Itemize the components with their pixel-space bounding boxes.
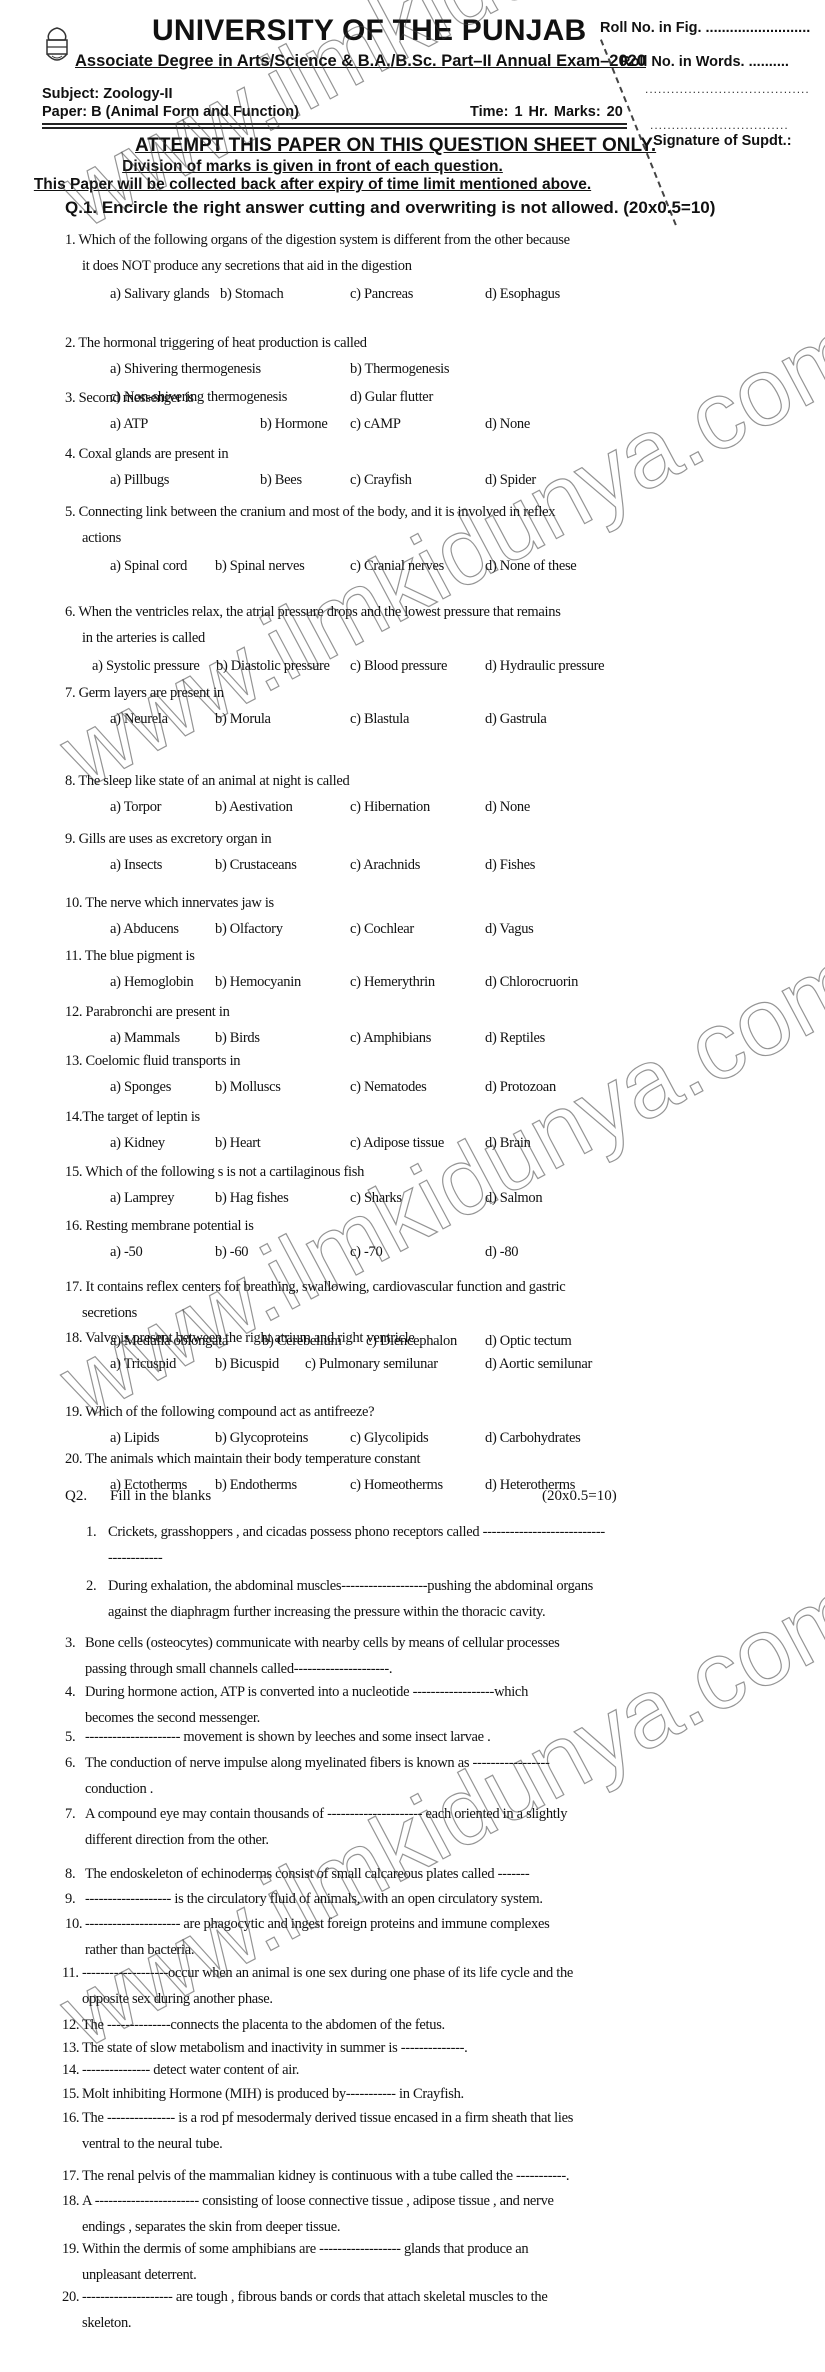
blank-item-text-continued[interactable]: rather than bacteria. <box>85 1942 194 1959</box>
answer-option[interactable]: c) Nematodes <box>350 1079 427 1096</box>
answer-option[interactable]: b) Spinal nerves <box>215 558 304 575</box>
time-marks: Time: 1 Hr. Marks: 20 <box>470 104 623 120</box>
answer-option[interactable]: a) Spinal cord <box>110 558 187 575</box>
question-text: 18. Valve is present between the right a… <box>65 1330 414 1347</box>
blank-item-number: 14. <box>62 2062 79 2079</box>
blank-item-number: 18. <box>62 2193 79 2210</box>
header-divider <box>42 123 627 125</box>
answer-option[interactable]: d) Gastrula <box>485 711 547 728</box>
answer-option[interactable]: b) Diastolic pressure <box>216 658 330 675</box>
answer-option[interactable]: b) Aestivation <box>215 799 293 816</box>
answer-option[interactable]: a) Abducens <box>110 921 179 938</box>
roll-no-words-line[interactable]: ...................................... <box>645 82 810 96</box>
answer-option[interactable]: c) Homeotherms <box>350 1477 443 1494</box>
q2-title: Fill in the blanks <box>110 1488 211 1505</box>
blank-item-text-continued[interactable]: passing through small channels called---… <box>85 1661 392 1678</box>
blank-item-text[interactable]: -------------------occur when an animal … <box>82 1965 573 1982</box>
answer-option[interactable]: a) Lipids <box>110 1430 159 1447</box>
blank-item-number: 5. <box>65 1729 75 1746</box>
blank-item-text[interactable]: The endoskeleton of echinoderms consist … <box>85 1866 529 1883</box>
answer-option[interactable]: d) Carbohydrates <box>485 1430 580 1447</box>
answer-option[interactable]: d) Protozoan <box>485 1079 556 1096</box>
answer-option[interactable]: c) Blood pressure <box>350 658 447 675</box>
question-text: 17. It contains reflex centers for breat… <box>65 1279 565 1296</box>
answer-option[interactable]: b) Bicuspid <box>215 1356 279 1373</box>
answer-option[interactable]: c) Glycolipids <box>350 1430 428 1447</box>
answer-option[interactable]: a) Shivering thermogenesis <box>110 361 261 378</box>
answer-option[interactable]: b) Crustaceans <box>215 857 297 874</box>
blank-item-number: 6. <box>65 1755 75 1772</box>
signature-label: Signature of Supdt.: <box>653 133 792 149</box>
answer-option[interactable]: d) None <box>485 416 530 433</box>
answer-option[interactable]: c) Cranial nerves <box>350 558 444 575</box>
blank-item-text[interactable]: ------------------- is the circulatory f… <box>85 1891 543 1908</box>
blank-item-text[interactable]: --------------------- are phagocytic and… <box>85 1916 549 1933</box>
answer-option[interactable]: c) Pancreas <box>350 286 413 303</box>
question-text: 2. The hormonal triggering of heat produ… <box>65 335 367 352</box>
question-text: 8. The sleep like state of an animal at … <box>65 773 349 790</box>
question-text: 10. The nerve which innervates jaw is <box>65 895 274 912</box>
answer-option[interactable]: b) Hormone <box>260 416 327 433</box>
answer-option[interactable]: b) Birds <box>215 1030 260 1047</box>
instruction-collected: This Paper will be collected back after … <box>0 176 625 194</box>
header-divider <box>42 127 627 129</box>
blank-item-text[interactable]: --------------------- movement is shown … <box>85 1729 490 1746</box>
blank-item-text-continued[interactable]: opposite sex during another phase. <box>82 1991 273 2008</box>
answer-option[interactable]: d) Spider <box>485 472 536 489</box>
answer-option[interactable]: d) Hydraulic pressure <box>485 658 604 675</box>
answer-option[interactable]: b) Hemocyanin <box>215 974 301 991</box>
blank-item-number: 7. <box>65 1806 75 1823</box>
question-text: 7. Germ layers are present in <box>65 685 224 702</box>
blank-item-number: 8. <box>65 1866 75 1883</box>
blank-item-number: 19. <box>62 2241 79 2258</box>
answer-option[interactable]: c) Cochlear <box>350 921 414 938</box>
blank-item-text-continued[interactable]: becomes the second messenger. <box>85 1710 260 1727</box>
question-text-continued: it does NOT produce any secretions that … <box>82 258 412 275</box>
blank-item-text-continued[interactable]: unpleasant deterrent. <box>82 2267 196 2284</box>
university-crest-icon <box>42 26 72 66</box>
answer-option[interactable]: c) Hemerythrin <box>350 974 435 991</box>
answer-option[interactable]: d) Optic tectum <box>485 1333 572 1350</box>
blank-item-text[interactable]: The state of slow metabolism and inactiv… <box>82 2040 467 2057</box>
instruction-division: Division of marks is given in front of e… <box>0 158 625 176</box>
answer-option[interactable]: a) Systolic pressure <box>92 658 200 675</box>
answer-option[interactable]: c) Arachnids <box>350 857 420 874</box>
blank-item-text[interactable]: --------------- detect water content of … <box>82 2062 299 2079</box>
blank-item-number: 16. <box>62 2110 79 2127</box>
answer-option[interactable]: b) Bees <box>260 472 302 489</box>
question-text: 20. The animals which maintain their bod… <box>65 1451 420 1468</box>
blank-item-text[interactable]: A ----------------------- consisting of … <box>82 2193 554 2210</box>
blank-item-number: 15. <box>62 2086 79 2103</box>
blank-item-text-continued[interactable]: conduction . <box>85 1781 153 1798</box>
question-text: 1. Which of the following organs of the … <box>65 232 570 249</box>
blank-item-number: 4. <box>65 1684 75 1701</box>
blank-item-text[interactable]: The --------------connects the placenta … <box>82 2017 445 2034</box>
question-text: 3. Second messenger is <box>65 390 194 407</box>
answer-option[interactable]: a) -50 <box>110 1244 142 1261</box>
answer-option[interactable]: a) Lamprey <box>110 1190 174 1207</box>
blank-item-number: 13. <box>62 2040 79 2057</box>
blank-item-text[interactable]: Within the dermis of some amphibians are… <box>82 2241 528 2258</box>
answer-option[interactable]: d) -80 <box>485 1244 518 1261</box>
answer-option[interactable]: b) Endotherms <box>215 1477 297 1494</box>
answer-option[interactable]: c) Hibernation <box>350 799 430 816</box>
blank-item-number: 12. <box>62 2017 79 2034</box>
blank-item-text[interactable]: The renal pelvis of the mammalian kidney… <box>82 2168 569 2185</box>
answer-option[interactable]: c) -70 <box>350 1244 382 1261</box>
answer-option[interactable]: d) None of these <box>485 558 576 575</box>
blank-item-number: 17. <box>62 2168 79 2185</box>
question-text: 14.The target of leptin is <box>65 1109 200 1126</box>
blank-item-number: 10. <box>65 1916 82 1933</box>
answer-option[interactable]: a) Kidney <box>110 1135 165 1152</box>
blank-item-text[interactable]: During hormone action, ATP is converted … <box>85 1684 528 1701</box>
blank-item-number: 2. <box>86 1578 96 1595</box>
answer-option[interactable]: c) Crayfish <box>350 472 412 489</box>
answer-option[interactable]: d) Aortic semilunar <box>485 1356 592 1373</box>
blank-item-text[interactable]: During exhalation, the abdominal muscles… <box>108 1578 593 1595</box>
answer-option[interactable]: a) Insects <box>110 857 162 874</box>
answer-option[interactable]: a) Torpor <box>110 799 161 816</box>
answer-option[interactable]: c) Pulmonary semilunar <box>305 1356 438 1373</box>
question-text: 5. Connecting link between the cranium a… <box>65 504 555 521</box>
answer-option[interactable]: b) Olfactory <box>215 921 283 938</box>
answer-option[interactable]: a) Pillbugs <box>110 472 169 489</box>
question-text: 13. Coelomic fluid transports in <box>65 1053 240 1070</box>
blank-item-text[interactable]: The --------------- is a rod pf mesoderm… <box>82 2110 573 2127</box>
answer-option[interactable]: d) Vagus <box>485 921 534 938</box>
answer-option[interactable]: c) cAMP <box>350 416 401 433</box>
answer-option[interactable]: d) Gular flutter <box>350 389 433 406</box>
roll-no-figures-field[interactable]: Roll No. in Fig. .......................… <box>600 20 810 36</box>
answer-option[interactable]: b) Hag fishes <box>215 1190 288 1207</box>
answer-option[interactable]: c) Adipose tissue <box>350 1135 444 1152</box>
answer-option[interactable]: a) Salivary glands <box>110 286 209 303</box>
question-text: 15. Which of the following s is not a ca… <box>65 1164 364 1181</box>
q1-heading: Q.1. Encircle the right answer cutting a… <box>65 198 715 218</box>
answer-option[interactable]: a) Hemoglobin <box>110 974 193 991</box>
paper-line: Paper: B (Animal Form and Function) <box>42 104 299 120</box>
blank-item-number: 20. <box>62 2289 79 2306</box>
question-text-continued: actions <box>82 530 121 547</box>
question-text: 9. Gills are uses as excretory organ in <box>65 831 271 848</box>
answer-option[interactable]: d) Salmon <box>485 1190 542 1207</box>
question-text-continued: secretions <box>82 1305 137 1322</box>
answer-option[interactable]: d) None <box>485 799 530 816</box>
question-text: 19. Which of the following compound act … <box>65 1404 374 1421</box>
answer-option[interactable]: b) Glycoproteins <box>215 1430 308 1447</box>
answer-option[interactable]: a) Tricuspid <box>110 1356 176 1373</box>
question-text: 6. When the ventricles relax, the atrial… <box>65 604 561 621</box>
answer-option[interactable]: c) Sharks <box>350 1190 402 1207</box>
answer-option[interactable]: d) Reptiles <box>485 1030 545 1047</box>
blank-item-text-continued[interactable]: skeleton. <box>82 2315 131 2332</box>
blank-item-text[interactable]: Bone cells (osteocytes) communicate with… <box>85 1635 559 1652</box>
q2-label: Q2. <box>65 1488 87 1505</box>
answer-option[interactable]: a) Sponges <box>110 1079 171 1096</box>
instruction-attempt: ATTEMPT THIS PAPER ON THIS QUESTION SHEE… <box>135 135 656 157</box>
blank-item-text[interactable]: A compound eye may contain thousands of … <box>85 1806 567 1823</box>
blank-item-text-continued[interactable]: against the diaphragm further increasing… <box>108 1604 545 1621</box>
question-text: 16. Resting membrane potential is <box>65 1218 254 1235</box>
answer-option[interactable]: c) Blastula <box>350 711 409 728</box>
answer-option[interactable]: d) Esophagus <box>485 286 560 303</box>
blank-item-text-continued[interactable]: endings , separates the skin from deeper… <box>82 2219 340 2236</box>
blank-item-number: 9. <box>65 1891 75 1908</box>
answer-option[interactable]: d) Fishes <box>485 857 535 874</box>
answer-option[interactable]: a) Neurela <box>110 711 168 728</box>
blank-item-text-continued[interactable]: different direction from the other. <box>85 1832 269 1849</box>
blank-item-text[interactable]: Molt inhibiting Hormone (MIH) is produce… <box>82 2086 464 2103</box>
subject-line: Subject: Zoology-II <box>42 86 173 102</box>
answer-option[interactable]: b) Stomach <box>220 286 283 303</box>
answer-option[interactable]: b) Thermogenesis <box>350 361 449 378</box>
answer-option[interactable]: c) Amphibians <box>350 1030 431 1047</box>
answer-option[interactable]: b) Morula <box>215 711 271 728</box>
question-text-continued: in the arteries is called <box>82 630 205 647</box>
university-title: UNIVERSITY OF THE PUNJAB <box>152 14 586 48</box>
blank-item-text-continued[interactable]: ------------ <box>108 1550 162 1567</box>
q2-marks: (20x0.5=10) <box>542 1488 617 1505</box>
blank-item-text[interactable]: Crickets, grasshoppers , and cicadas pos… <box>108 1524 605 1541</box>
degree-line: Associate Degree in Arts/Science & B.A./… <box>75 52 646 71</box>
blank-item-number: 3. <box>65 1635 75 1652</box>
question-text: 11. The blue pigment is <box>65 948 195 965</box>
question-text: 4. Coxal glands are present in <box>65 446 228 463</box>
roll-no-words-field[interactable]: Roll No. in Words. .......... <box>620 54 789 70</box>
answer-option[interactable]: a) ATP <box>110 416 148 433</box>
answer-option[interactable]: d) Chlorocruorin <box>485 974 578 991</box>
answer-option[interactable]: d) Brain <box>485 1135 531 1152</box>
blank-item-text-continued[interactable]: ventral to the neural tube. <box>82 2136 222 2153</box>
answer-option[interactable]: b) Heart <box>215 1135 261 1152</box>
answer-option[interactable]: b) -60 <box>215 1244 248 1261</box>
blank-item-number: 1. <box>86 1524 96 1541</box>
blank-item-text[interactable]: -------------------- are tough , fibrous… <box>82 2289 548 2306</box>
question-text: 12. Parabronchi are present in <box>65 1004 230 1021</box>
blank-item-number: 11. <box>62 1965 79 1982</box>
blank-item-text[interactable]: The conduction of nerve impulse along my… <box>85 1755 550 1772</box>
signature-line[interactable]: ................................ <box>650 118 789 132</box>
answer-option[interactable]: a) Mammals <box>110 1030 180 1047</box>
answer-option[interactable]: b) Molluscs <box>215 1079 281 1096</box>
